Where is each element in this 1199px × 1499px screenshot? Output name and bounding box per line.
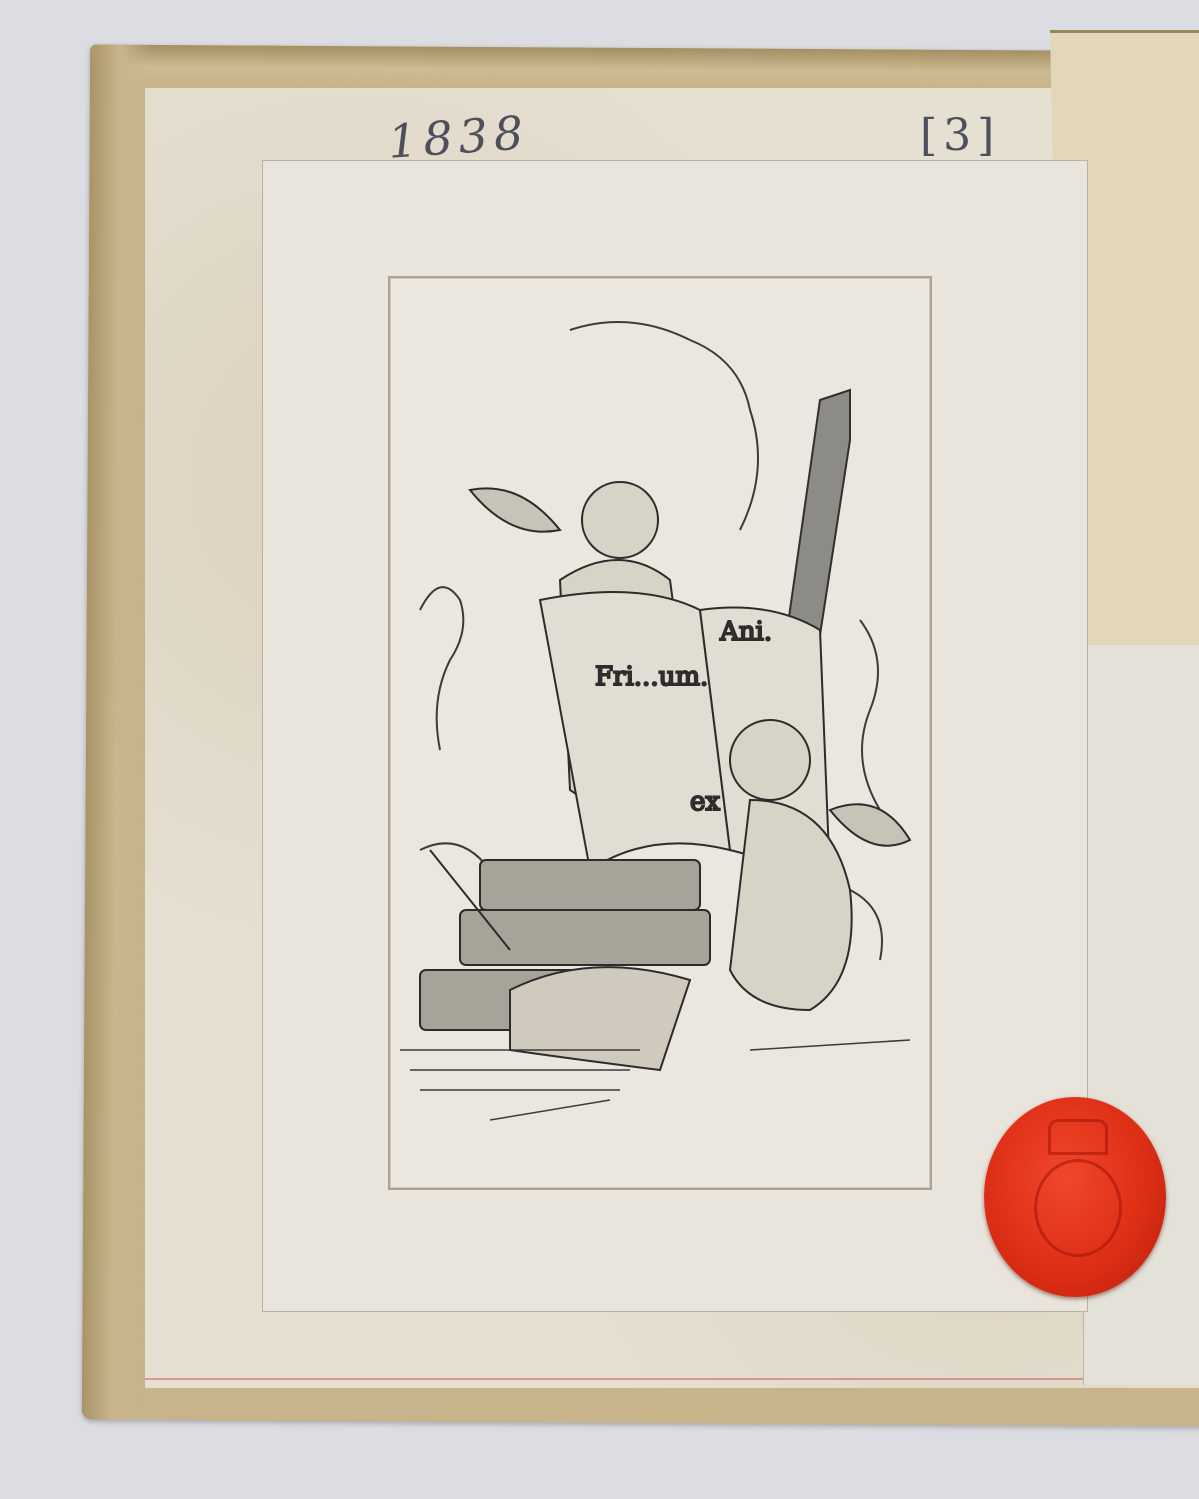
- handwritten-shelf-mark: [3]: [920, 110, 1000, 161]
- handwritten-year: 1838: [386, 105, 531, 169]
- book-text-line-1: Ani.: [719, 617, 772, 647]
- book-text-line-3: ex: [690, 787, 720, 817]
- book-text-line-2: Fri...um.: [595, 662, 708, 692]
- crown-icon: [1048, 1119, 1108, 1155]
- red-edge-rule: [145, 1378, 1199, 1380]
- cherub-engraving: Ani. Fri...um. ex: [390, 290, 926, 1180]
- coat-of-arms-icon: [1034, 1159, 1122, 1257]
- red-wax-seal: [984, 1097, 1166, 1297]
